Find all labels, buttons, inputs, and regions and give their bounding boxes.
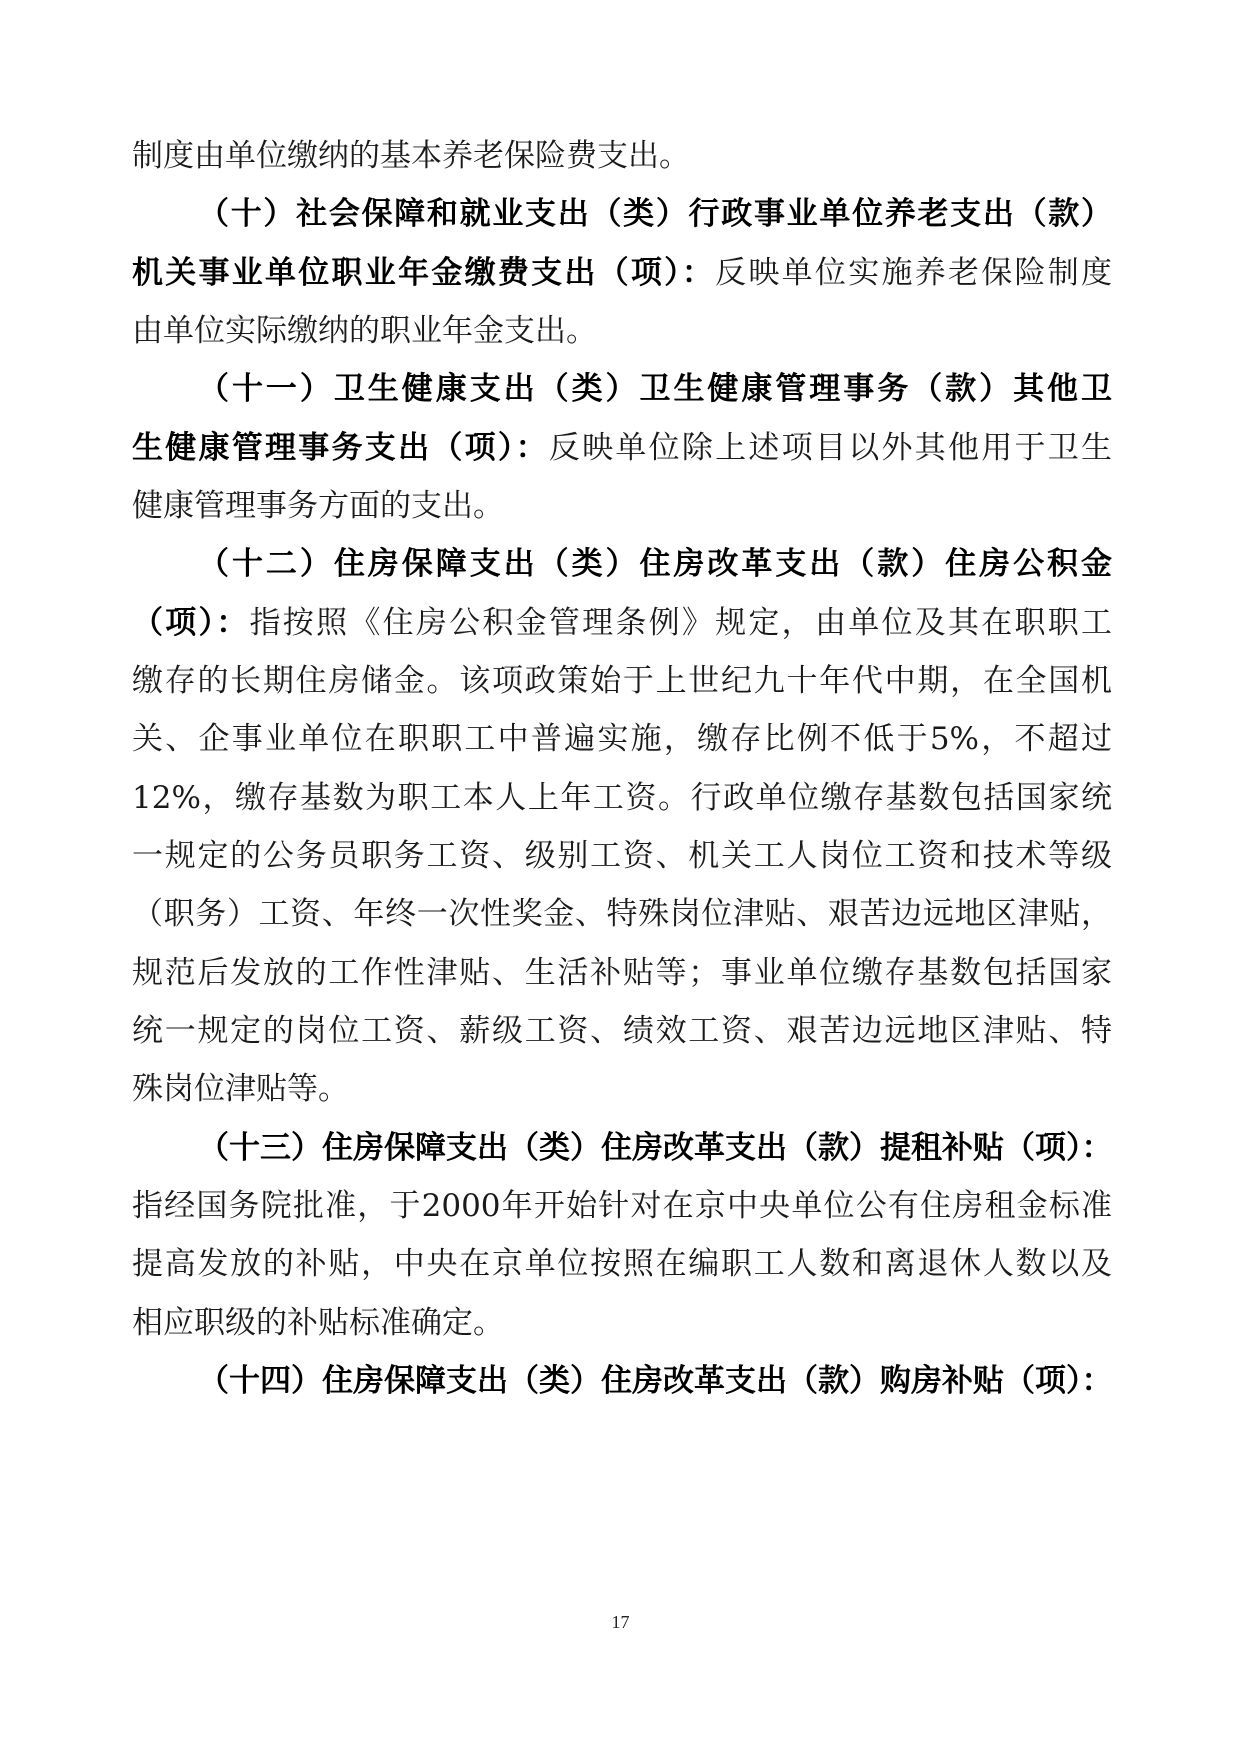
- body-text: （职务）工资、年终一次性奖金、特殊岗位津贴、艰苦边远地区津贴，: [132, 896, 1112, 932]
- body-text: 指经国务院批准，于2000年开始针对在京中央单位公有住房租金标准: [132, 1188, 1112, 1224]
- paragraph-line-with-heading: 机关事业单位职业年金缴费支出（项）：反映单位实施养老保险制度: [132, 253, 1112, 293]
- section-heading: （十四）住房保障支出（类）住房改革支出（款）购房补贴（项）：: [198, 1363, 1113, 1399]
- paragraph-line-with-heading: （十）社会保障和就业支出（类）行政事业单位养老支出（款）: [198, 194, 1112, 234]
- body-text: 提高发放的补贴，中央在京单位按照在编职工人数和离退休人数以及: [132, 1246, 1112, 1282]
- paragraph-line: （职务）工资、年终一次性奖金、特殊岗位津贴、艰苦边远地区津贴，: [132, 894, 1112, 934]
- paragraph-line: 提高发放的补贴，中央在京单位按照在编职工人数和离退休人数以及: [132, 1244, 1112, 1284]
- paragraph-line-with-heading: （十二）住房保障支出（类）住房改革支出（款）住房公积金: [198, 544, 1112, 584]
- paragraph-line: 由单位实际缴纳的职业年金支出。: [132, 311, 1112, 351]
- section-heading: （十一）卫生健康支出（类）卫生健康管理事务（款）其他卫: [198, 371, 1112, 407]
- body-text: 健康管理事务方面的支出。: [132, 488, 504, 524]
- body-text: 反映单位除上述项目以外其他用于卫生: [549, 430, 1112, 466]
- body-text: 相应职级的补贴标准确定。: [132, 1305, 504, 1341]
- body-text: 12%，缴存基数为职工本人上年工资。行政单位缴存基数包括国家统: [132, 780, 1112, 816]
- body-text: 殊岗位津贴等。: [132, 1071, 349, 1107]
- paragraph-line-with-heading: （十三）住房保障支出（类）住房改革支出（款）提租补贴（项）：: [198, 1128, 1112, 1168]
- paragraph-line: 制度由单位缴纳的基本养老保险费支出。: [132, 136, 1112, 176]
- section-heading: 机关事业单位职业年金缴费支出（项）：: [132, 255, 715, 291]
- paragraph-line: 规范后发放的工作性津贴、生活补贴等；事业单位缴存基数包括国家: [132, 953, 1112, 993]
- paragraph-line: 相应职级的补贴标准确定。: [132, 1303, 1112, 1343]
- body-text: 指按照《住房公积金管理条例》规定，由单位及其在职职工: [250, 605, 1112, 641]
- paragraph-line: 12%，缴存基数为职工本人上年工资。行政单位缴存基数包括国家统: [132, 778, 1112, 818]
- body-text: 缴存的长期住房储金。该项政策始于上世纪九十年代中期，在全国机: [132, 663, 1112, 699]
- paragraph-line: 殊岗位津贴等。: [132, 1069, 1112, 1109]
- paragraph-line-with-heading: （项）：指按照《住房公积金管理条例》规定，由单位及其在职职工: [132, 603, 1112, 643]
- paragraph-line-with-heading: 生健康管理事务支出（项）：反映单位除上述项目以外其他用于卫生: [132, 428, 1112, 468]
- paragraph-line: 健康管理事务方面的支出。: [132, 486, 1112, 526]
- body-text: 反映单位实施养老保险制度: [715, 255, 1112, 291]
- body-text: 规范后发放的工作性津贴、生活补贴等；事业单位缴存基数包括国家: [132, 955, 1112, 991]
- body-text: 由单位实际缴纳的职业年金支出。: [132, 313, 597, 349]
- section-heading: （十）社会保障和就业支出（类）行政事业单位养老支出（款）: [198, 196, 1112, 232]
- document-page: 制度由单位缴纳的基本养老保险费支出。（十）社会保障和就业支出（类）行政事业单位养…: [0, 0, 1241, 1755]
- section-heading: （项）：: [132, 605, 250, 641]
- section-heading: 生健康管理事务支出（项）：: [132, 430, 549, 466]
- section-heading: （十二）住房保障支出（类）住房改革支出（款）住房公积金: [198, 546, 1112, 582]
- body-text: 制度由单位缴纳的基本养老保险费支出。: [132, 138, 690, 174]
- section-heading: （十三）住房保障支出（类）住房改革支出（款）提租补贴（项）：: [198, 1130, 1113, 1166]
- body-text: 统一规定的岗位工资、薪级工资、绩效工资、艰苦边远地区津贴、特: [132, 1013, 1112, 1049]
- paragraph-line: 统一规定的岗位工资、薪级工资、绩效工资、艰苦边远地区津贴、特: [132, 1011, 1112, 1051]
- paragraph-line: 关、企事业单位在职职工中普遍实施，缴存比例不低于5%，不超过: [132, 719, 1112, 759]
- paragraph-line: 指经国务院批准，于2000年开始针对在京中央单位公有住房租金标准: [132, 1186, 1112, 1226]
- paragraph-line-with-heading: （十四）住房保障支出（类）住房改革支出（款）购房补贴（项）：: [198, 1361, 1112, 1401]
- paragraph-line: 缴存的长期住房储金。该项政策始于上世纪九十年代中期，在全国机: [132, 661, 1112, 701]
- page-number: 17: [0, 1612, 1241, 1633]
- body-text: 一规定的公务员职务工资、级别工资、机关工人岗位工资和技术等级: [132, 838, 1112, 874]
- paragraph-line: 一规定的公务员职务工资、级别工资、机关工人岗位工资和技术等级: [132, 836, 1112, 876]
- paragraph-line-with-heading: （十一）卫生健康支出（类）卫生健康管理事务（款）其他卫: [198, 369, 1112, 409]
- body-text: 关、企事业单位在职职工中普遍实施，缴存比例不低于5%，不超过: [132, 721, 1112, 757]
